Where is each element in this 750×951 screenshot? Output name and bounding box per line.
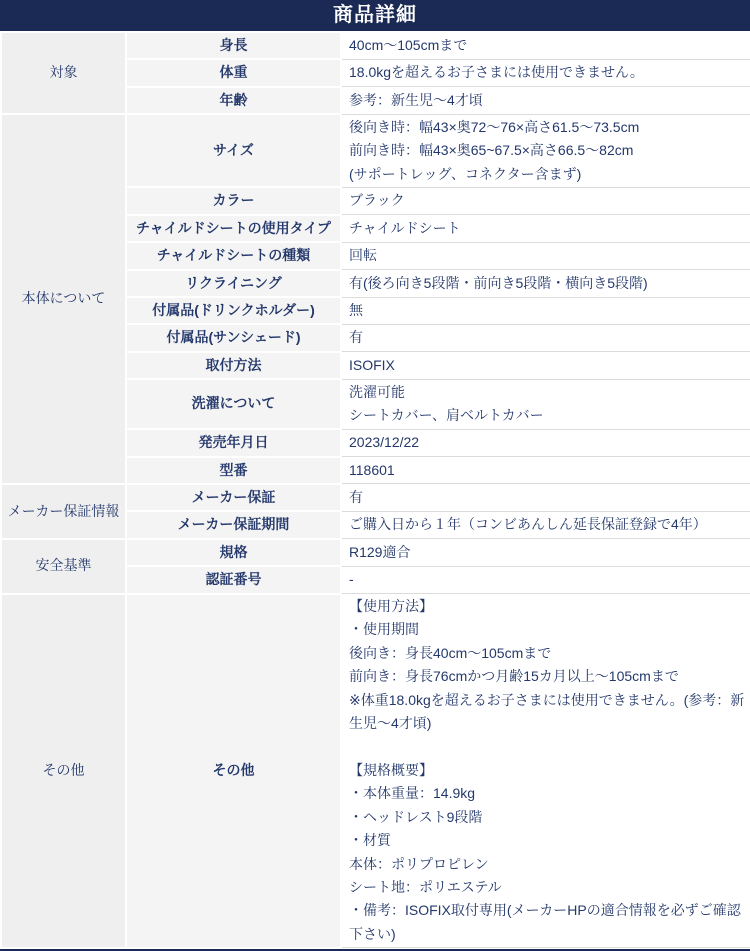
value-text: 洗濯可能 シートカバー、肩ベルトカバー [341, 379, 750, 429]
value-text: 後向き時：幅43×奥72〜76×高さ61.5〜73.5cm 前向き時：幅43×奥… [341, 114, 750, 187]
value-text: 18.0kgを超えるお子さまには使用できません。 [341, 59, 750, 86]
value-text: R129適合 [341, 539, 750, 566]
field-label: 付属品(サンシェード) [126, 324, 341, 351]
value-text: 2023/12/22 [341, 429, 750, 456]
category-cell: 対象 [1, 32, 126, 114]
field-label: 体重 [126, 59, 341, 86]
spec-row: メーカー保証情報メーカー保証有 [1, 484, 750, 511]
field-label: サイズ [126, 114, 341, 187]
field-label: その他 [126, 594, 341, 948]
value-text: ご購入日から１年（コンビあんしん延長保証登録で4年） [341, 511, 750, 538]
value-text: ブラック [341, 187, 750, 214]
value-text: - [341, 566, 750, 593]
field-label: 取付方法 [126, 352, 341, 379]
value-text: 有 [341, 324, 750, 351]
product-detail-page: 商品詳細 対象身長40cm〜105cmまで体重18.0kgを超えるお子さまには使… [0, 0, 750, 951]
field-label: メーカー保証 [126, 484, 341, 511]
value-text: ISOFIX [341, 352, 750, 379]
value-text: 118601 [341, 457, 750, 484]
field-label: 身長 [126, 32, 341, 59]
value-text: 【使用方法】 ・使用期間 後向き：身長40cm〜105cmまで 前向き：身長76… [341, 594, 750, 948]
spec-row: 本体についてサイズ後向き時：幅43×奥72〜76×高さ61.5〜73.5cm 前… [1, 114, 750, 187]
spec-row: 安全基準規格R129適合 [1, 539, 750, 566]
category-cell: 本体について [1, 114, 126, 484]
field-label: 洗濯について [126, 379, 341, 429]
field-label: 年齢 [126, 87, 341, 114]
field-label: メーカー保証期間 [126, 511, 341, 538]
field-label: カラー [126, 187, 341, 214]
table-bottom-border [0, 949, 750, 951]
category-cell: その他 [1, 594, 126, 948]
category-cell: 安全基準 [1, 539, 126, 594]
product-detail-title: 商品詳細 [0, 0, 750, 31]
value-text: チャイルドシート [341, 215, 750, 242]
product-spec-table: 対象身長40cm〜105cmまで体重18.0kgを超えるお子さまには使用できませ… [0, 31, 750, 949]
field-label: チャイルドシートの使用タイプ [126, 215, 341, 242]
field-label: 付属品(ドリンクホルダー) [126, 297, 341, 324]
field-label: 認証番号 [126, 566, 341, 593]
spec-row: 対象身長40cm〜105cmまで [1, 32, 750, 59]
field-label: チャイルドシートの種類 [126, 242, 341, 269]
field-label: 発売年月日 [126, 429, 341, 456]
category-cell: メーカー保証情報 [1, 484, 126, 539]
field-label: 型番 [126, 457, 341, 484]
value-text: 有 [341, 484, 750, 511]
value-text: 無 [341, 297, 750, 324]
field-label: 規格 [126, 539, 341, 566]
value-text: 回転 [341, 242, 750, 269]
value-text: 参考：新生児〜4才頃 [341, 87, 750, 114]
spec-row: その他その他【使用方法】 ・使用期間 後向き：身長40cm〜105cmまで 前向… [1, 594, 750, 948]
field-label: リクライニング [126, 270, 341, 297]
value-text: 有(後ろ向き5段階・前向き5段階・横向き5段階) [341, 270, 750, 297]
value-text: 40cm〜105cmまで [341, 32, 750, 59]
